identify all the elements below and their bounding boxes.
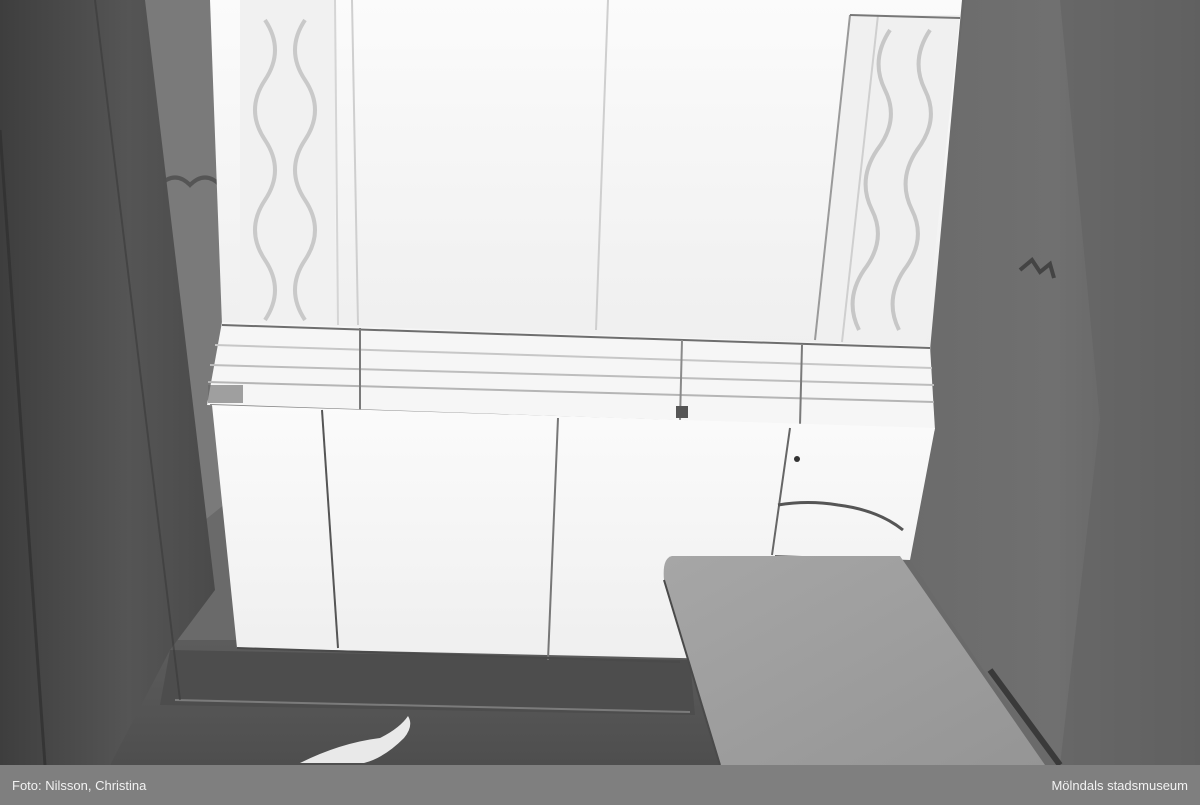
caption-bar: Foto: Nilsson, Christina Mölndals stadsm… (0, 765, 1200, 805)
photographer-credit: Foto: Nilsson, Christina (12, 778, 146, 793)
museum-name: Mölndals stadsmuseum (1051, 778, 1188, 793)
museum-photo (0, 0, 1200, 765)
